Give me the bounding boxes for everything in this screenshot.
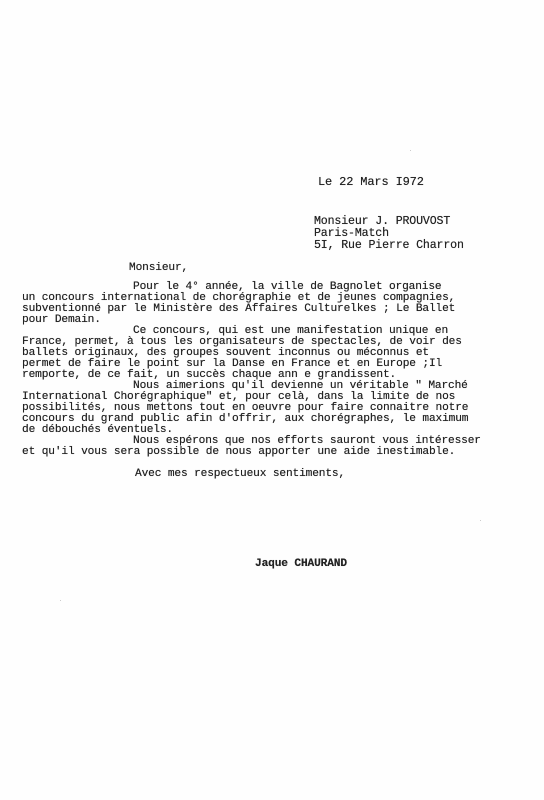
salutation: Monsieur, — [129, 262, 188, 274]
paper-speck — [60, 600, 61, 601]
paper-speck — [480, 520, 481, 521]
signature: Jaque CHAURAND — [255, 558, 347, 570]
body-line: et qu'il vous sera possible de nous appo… — [22, 446, 455, 458]
letter-page: Le 22 Mars I972 Monsieur J. PROUVOST Par… — [0, 0, 544, 800]
paper-speck — [410, 150, 411, 151]
body-line: pour Demain. — [22, 314, 101, 326]
letter-date: Le 22 Mars I972 — [318, 176, 424, 188]
closing: Avec mes respectueux sentiments, — [135, 468, 345, 480]
recipient-address: 5I, Rue Pierre Charron — [314, 240, 464, 252]
